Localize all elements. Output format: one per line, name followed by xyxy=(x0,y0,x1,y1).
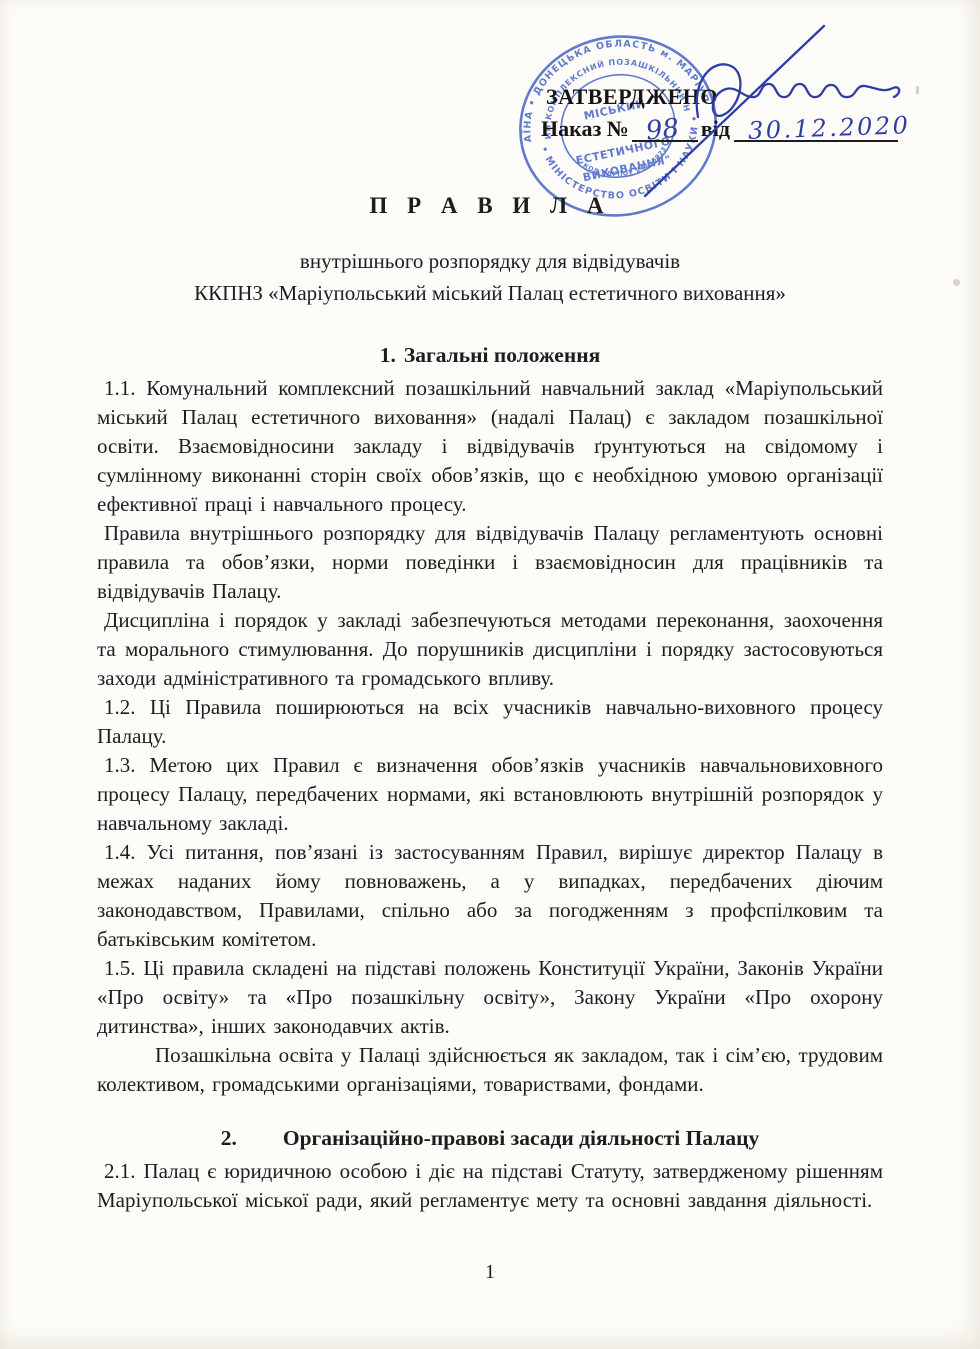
section-2-title: Організаційно-правові засади діяльності … xyxy=(283,1126,759,1150)
document-subtitle-line2: ККПНЗ «Маріупольський міський Палац есте… xyxy=(0,281,980,306)
paragraph-2-1: 2.1. Палац є юридичною особою і діє на п… xyxy=(97,1157,883,1215)
section-1-title: Загальні положення xyxy=(404,343,600,367)
paragraph-1-5: 1.5. Ці правила складені на підставі пол… xyxy=(97,954,883,1041)
document-subtitle-line1: внутрішнього розпорядку для відвідувачів xyxy=(0,249,980,274)
signature-scrawl xyxy=(697,64,900,117)
paragraph-1-1: 1.1. Комунальний комплексний позашкільни… xyxy=(97,374,883,519)
signature-long-stroke xyxy=(645,26,824,196)
section-2-number: 2. xyxy=(221,1126,237,1150)
scan-speckle xyxy=(953,279,960,286)
scanned-document-page: УКРАЇНА • ДОНЕЦЬКА ОБЛАСТЬ м. МАРІУПОЛЬ … xyxy=(0,0,980,1349)
paragraph-1-4: 1.4. Усі питання, пов’язані із застосува… xyxy=(97,838,883,954)
page-number: 1 xyxy=(0,1261,980,1284)
paragraph-discipline: Дисципліна і порядок у закладі забезпечу… xyxy=(97,606,883,693)
paragraph-rules-regulate: Правила внутрішнього розпорядку для відв… xyxy=(97,519,883,606)
paragraph-out-of-school-education: Позашкільна освіта у Палаці здійснюється… xyxy=(97,1041,883,1099)
paragraph-1-3: 1.3. Метою цих Правил є визначення обов’… xyxy=(97,751,883,838)
paragraph-1-2: 1.2. Ці Правила поширюються на всіх учас… xyxy=(97,693,883,751)
section-2-heading: 2.Організаційно-правові засади діяльност… xyxy=(97,1124,883,1153)
section-1-number: 1. xyxy=(380,343,396,367)
signature-ink xyxy=(585,12,915,207)
document-body: 1.Загальні положення 1.1. Комунальний ко… xyxy=(97,341,883,1215)
section-1-heading: 1.Загальні положення xyxy=(97,341,883,370)
